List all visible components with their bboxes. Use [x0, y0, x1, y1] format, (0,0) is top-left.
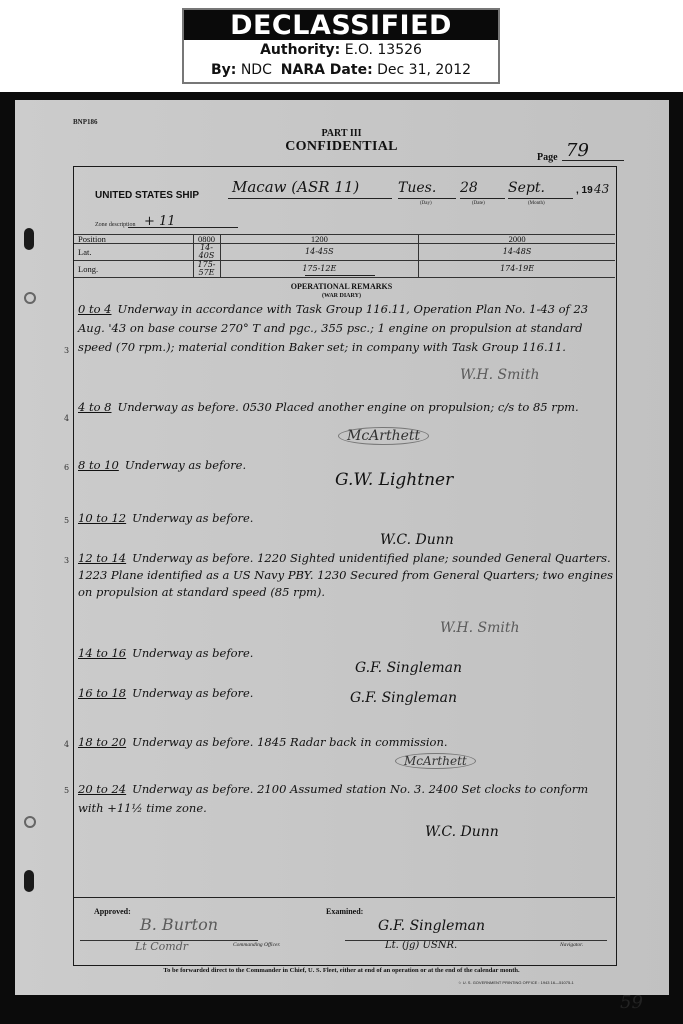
date-field: 28: [460, 180, 505, 199]
stamp-by-date: By: NDC NARA Date: Dec 31, 2012: [184, 60, 498, 80]
signature: W.C. Dunn: [380, 532, 454, 548]
signature: G.F. Singleman: [355, 660, 462, 676]
examined-signature: G.F. Singleman: [378, 918, 485, 934]
punch-hole-icon: [24, 816, 36, 828]
position-header-row: Position 0800 1200 2000: [74, 235, 615, 244]
signature: G.W. Lightner: [335, 470, 453, 490]
position-table: Position 0800 1200 2000 Lat. 14-40S 14-4…: [74, 234, 615, 278]
log-entry: 0 to 4Underway in accordance with Task G…: [78, 300, 616, 357]
log-entry: 12 to 14Underway as before. 1220 Sighted…: [78, 550, 616, 601]
log-entry: 16 to 18Underway as before.: [78, 684, 616, 703]
signature: G.F. Singleman: [350, 690, 457, 706]
margin-note: 3: [64, 346, 69, 355]
part-heading: PART III: [0, 128, 683, 139]
signature-line: [80, 940, 258, 941]
log-entry: 14 to 16Underway as before.: [78, 644, 616, 663]
signature: W.H. Smith: [440, 620, 520, 636]
margin-note: 6: [64, 463, 69, 472]
stamp-title: DECLASSIFIED: [184, 10, 498, 40]
margin-note: 4: [64, 414, 69, 423]
punch-hole-icon: [24, 228, 34, 250]
margin-note: 5: [64, 786, 69, 795]
year-prefix: , 19: [576, 185, 593, 196]
margin-note: 3: [64, 556, 69, 565]
punch-hole-icon: [24, 870, 34, 892]
month-field: Sept.: [508, 180, 573, 199]
month-caption: (Month): [528, 201, 545, 206]
examined-label: Examined:: [326, 907, 363, 916]
signature: W.H. Smith: [460, 367, 540, 383]
log-entry: 10 to 12Underway as before.: [78, 509, 616, 528]
zone-field: + 11: [128, 214, 238, 228]
remarks-subtitle: (WAR DIARY): [0, 293, 683, 299]
signature: McArthett: [338, 427, 429, 445]
signature: McArthett: [395, 753, 476, 769]
date-caption: (Date): [472, 201, 485, 206]
divider: [305, 275, 375, 276]
position-lat-row: Lat. 14-40S 14-45S 14-48S: [74, 244, 615, 261]
log-entry: 18 to 20Underway as before. 1845 Radar b…: [78, 733, 616, 752]
signature: W.C. Dunn: [425, 824, 499, 840]
page-number: 79: [562, 140, 624, 161]
margin-note: 4: [64, 740, 69, 749]
form-code: BNP186: [73, 118, 98, 126]
remarks-title: OPERATIONAL REMARKS: [0, 282, 683, 291]
approved-rank: Lt Comdr: [135, 940, 188, 953]
declassified-stamp: DECLASSIFIED Authority: E.O. 13526 By: N…: [182, 8, 500, 84]
signature-line: [345, 940, 607, 941]
page-label: Page: [537, 152, 558, 163]
navigator-caption: Navigator.: [560, 942, 583, 948]
stamp-authority: Authority: E.O. 13526: [184, 40, 498, 60]
forwarding-instruction: To be forwarded direct to the Commander …: [0, 967, 683, 974]
margin-note: 5: [64, 516, 69, 525]
approved-signature: B. Burton: [140, 915, 218, 934]
printer-mark: ☆ U. S. GOVERNMENT PRINTING OFFICE : 194…: [458, 980, 574, 985]
log-entry: 4 to 8Underway as before. 0530 Placed an…: [78, 398, 616, 417]
ship-name: Macaw (ASR 11): [228, 178, 392, 199]
archive-page-number: 59: [620, 992, 643, 1013]
signoff-divider: [74, 897, 615, 898]
examined-rank: Lt. (jg) USNR.: [385, 940, 457, 951]
year-field: 43: [594, 182, 609, 196]
approved-label: Approved:: [94, 907, 131, 916]
day-caption: (Day): [420, 201, 432, 206]
ship-label: UNITED STATES SHIP: [95, 190, 199, 201]
log-entry: 20 to 24Underway as before. 2100 Assumed…: [78, 780, 616, 818]
day-field: Tues.: [398, 180, 456, 199]
commanding-officer-caption: Commanding Officer.: [233, 942, 280, 948]
